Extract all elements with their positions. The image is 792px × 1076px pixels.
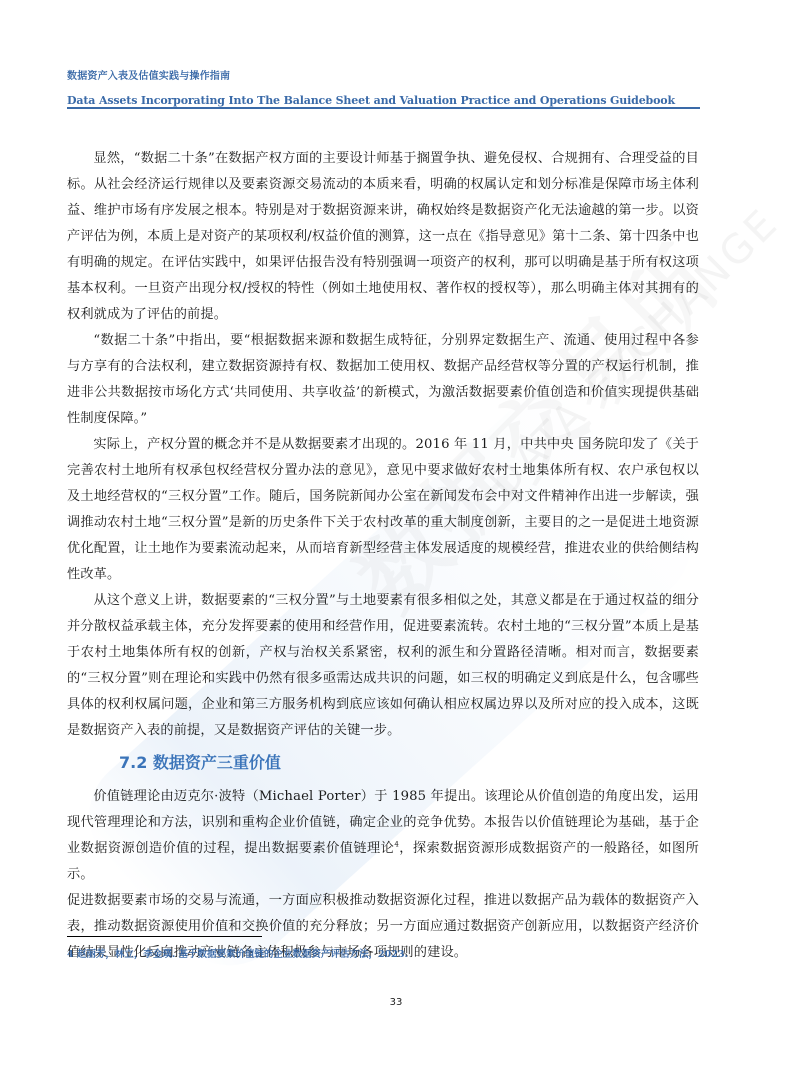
section-heading: 7.2 数据资产三重价值 [67,748,699,778]
body-content: 显然，“数据二十条”在数据产权方面的主要设计师基于搁置争执、避免侵权、合规拥有、… [67,146,699,966]
footnote-divider [67,936,262,937]
header-title-cn: 数据资产入表及估值实践与操作指南 [67,70,699,84]
paragraph: 从这个意义上讲，数据要素的“三权分置”与土地要素有很多相似之处，其意义都是在于通… [67,588,699,744]
running-header: 数据资产入表及估值实践与操作指南 Data Assets Incorporati… [67,70,699,109]
footnote: 4 赵丽芳，林立，李金璞. 基于数据要素价值链的企业数据资产评估方法，2023. [67,946,408,960]
page-number: 33 [0,997,792,1008]
paragraph: 显然，“数据二十条”在数据产权方面的主要设计师基于搁置争执、避免侵权、合规拥有、… [67,146,699,328]
paragraph: 价值链理论由迈克尔·波特（Michael Porter）于 1985 年提出。该… [67,784,699,888]
header-divider [67,107,700,109]
paragraph: “数据二十条”中指出，要“根据数据来源和数据生成特征，分别界定数据生产、流通、使… [67,328,699,432]
paragraph: 实际上，产权分置的概念并不是从数据要素才出现的。2016 年 11 月，中共中央… [67,432,699,588]
